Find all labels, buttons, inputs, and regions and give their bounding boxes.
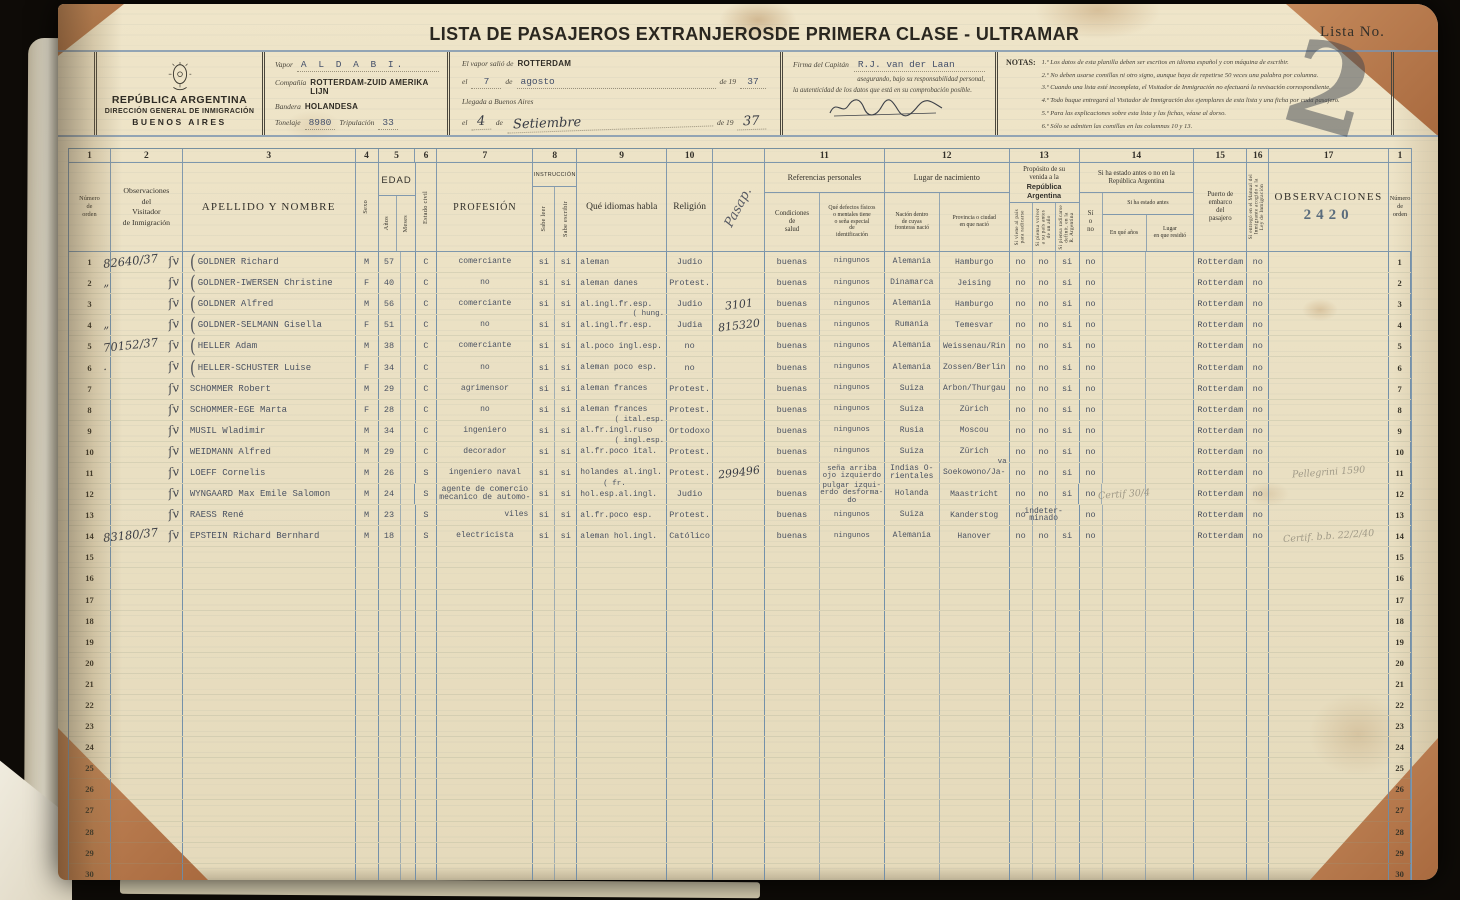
religion: no xyxy=(667,336,713,356)
purpose-col-1: no xyxy=(1010,294,1033,314)
sex: M xyxy=(356,442,379,462)
religion xyxy=(667,611,713,631)
been-before-years xyxy=(1103,779,1147,799)
header-referencias: Referencias personales Condiciones de sa… xyxy=(765,163,885,251)
can-write xyxy=(555,611,577,631)
profession xyxy=(437,779,533,799)
bandera-label: Bandera xyxy=(275,102,301,111)
been-before-years xyxy=(1103,632,1147,652)
manual-column xyxy=(1247,843,1269,863)
observations xyxy=(1269,632,1389,652)
identification-defects xyxy=(820,758,885,778)
passport-number xyxy=(713,758,765,778)
purpose-col-2 xyxy=(1033,695,1056,715)
observations xyxy=(1269,400,1389,420)
profession xyxy=(437,547,533,567)
age-months xyxy=(401,463,416,483)
header-idiomas: Qué idiomas habla xyxy=(577,163,667,251)
visitor-observations xyxy=(111,674,183,694)
row-number: 22 xyxy=(69,695,111,715)
table-row: 2929 xyxy=(69,843,1411,864)
birth-nation: Suiza xyxy=(885,505,940,525)
embarkation-port: Rotterdam xyxy=(1194,294,1247,314)
been-before-years xyxy=(1103,800,1147,820)
civil-status: S xyxy=(415,484,437,504)
header-religion: Religión xyxy=(667,163,713,251)
purpose-col-2: no xyxy=(1033,463,1056,483)
purpose-col-3: si xyxy=(1056,357,1080,377)
purpose-col-2: no xyxy=(1033,252,1056,272)
been-before-place xyxy=(1146,252,1194,272)
row-number-right: 28 xyxy=(1389,822,1411,842)
purpose-col-1 xyxy=(1010,822,1033,842)
birth-city xyxy=(940,674,1010,694)
been-before-place xyxy=(1146,400,1194,420)
identification-defects: ningunos xyxy=(820,336,885,356)
age-years xyxy=(379,653,401,673)
religion xyxy=(667,800,713,820)
birth-city xyxy=(940,737,1010,757)
can-write xyxy=(555,843,577,863)
languages xyxy=(577,843,667,863)
purpose-col-3: si xyxy=(1056,526,1080,546)
can-read: si xyxy=(533,336,555,356)
birth-nation xyxy=(885,547,940,567)
religion xyxy=(667,758,713,778)
been-before-place xyxy=(1146,590,1194,610)
manual-column: no xyxy=(1247,463,1269,483)
passenger-name: (HELLER-SCHUSTER Luise xyxy=(183,357,356,377)
de-label: de xyxy=(505,77,512,86)
languages: ( ingl.esp.al.fr.poco ital. xyxy=(577,442,667,462)
sex: F xyxy=(356,315,379,335)
purpose-col-3: si xyxy=(1056,463,1080,483)
can-read xyxy=(533,674,555,694)
birth-city: Hamburgo xyxy=(940,294,1010,314)
passenger-name: (GOLDNER-SELMANN Gisella xyxy=(183,315,356,335)
row-number: 26 xyxy=(69,779,111,799)
purpose-col-2: no xyxy=(1033,357,1056,377)
row-number-right: 25 xyxy=(1389,758,1411,778)
civil-status: C xyxy=(416,379,438,399)
column-number: 5 xyxy=(379,149,416,162)
visitor-observations xyxy=(111,632,183,652)
age-years: 26 xyxy=(379,463,401,483)
identification-defects: ningunos xyxy=(820,526,885,546)
purpose-col-2 xyxy=(1033,568,1056,588)
purpose-col-2 xyxy=(1033,822,1056,842)
column-number: 3 xyxy=(183,149,356,162)
column-number: 13 xyxy=(1010,149,1080,162)
embarkation-port xyxy=(1194,800,1247,820)
birth-nation: Alemania xyxy=(885,336,940,356)
identification-defects: ningunos xyxy=(820,379,885,399)
visitor-observations: „ſv xyxy=(111,315,183,335)
civil-status xyxy=(416,716,438,736)
row-number-right: 26 xyxy=(1389,779,1411,799)
de-label: de xyxy=(496,118,503,127)
birth-nation: Indias O- rientales xyxy=(885,463,940,483)
can-write xyxy=(555,547,577,567)
profession: viles xyxy=(437,505,533,525)
been-before-place xyxy=(1146,336,1194,356)
purpose-col-3 xyxy=(1056,843,1080,863)
purpose-col-3 xyxy=(1056,864,1080,880)
table-header: Número de orden Observaciones del Visita… xyxy=(69,163,1411,252)
religion: Judio xyxy=(667,484,713,504)
passport-number xyxy=(713,421,765,441)
age-months xyxy=(401,568,416,588)
identification-defects xyxy=(820,547,885,567)
age-years xyxy=(379,590,401,610)
passenger-name: WEIDMANN Alfred xyxy=(183,442,356,462)
age-years xyxy=(379,568,401,588)
row-number-right: 11 xyxy=(1389,463,1411,483)
table-row: 1717 xyxy=(69,590,1411,611)
purpose-col-3 xyxy=(1056,547,1080,567)
row-number-right: 22 xyxy=(1389,695,1411,715)
health-condition: buenas xyxy=(765,442,820,462)
identification-defects xyxy=(820,779,885,799)
civil-status xyxy=(416,590,438,610)
header-estado-civil: Estado civil xyxy=(416,163,438,251)
manual-column: no xyxy=(1247,379,1269,399)
observations xyxy=(1269,737,1389,757)
table-row: 2121 xyxy=(69,674,1411,695)
manual-column xyxy=(1247,737,1269,757)
visitor-observations: ſv xyxy=(111,421,183,441)
captain-line3: la autenticidad de los datos que está en… xyxy=(793,87,985,94)
been-before-years xyxy=(1103,568,1147,588)
been-before xyxy=(1080,779,1103,799)
been-before-place xyxy=(1146,421,1194,441)
purpose-col-3: si xyxy=(1056,336,1080,356)
civil-status xyxy=(416,737,438,757)
identification-defects: ningunos xyxy=(820,315,885,335)
can-read: si xyxy=(533,505,555,525)
row-number-right: 5 xyxy=(1389,336,1411,356)
can-write: si xyxy=(555,442,577,462)
coat-of-arms-icon xyxy=(167,61,193,93)
civil-status: S xyxy=(416,463,438,483)
birth-nation: Suiza xyxy=(885,400,940,420)
table-row: 2„ſv(GOLDNER-IWERSEN ChristineF40Cnosisi… xyxy=(69,273,1411,294)
row-number: 3 xyxy=(69,294,111,314)
age-years xyxy=(379,632,401,652)
been-before-years xyxy=(1103,252,1147,272)
visitor-observations: ſv xyxy=(111,505,183,525)
passport-number xyxy=(713,547,765,567)
birth-nation: Suiza xyxy=(885,442,940,462)
religion: Protest. xyxy=(667,505,713,525)
salida-year: 37 xyxy=(740,76,766,89)
can-write: si xyxy=(555,463,577,483)
ruled-line xyxy=(58,135,1438,137)
can-write xyxy=(555,779,577,799)
firma-label: Firma del Capitán xyxy=(793,60,849,69)
been-before-years xyxy=(1103,864,1147,880)
religion: Judio xyxy=(667,252,713,272)
been-before-place xyxy=(1146,379,1194,399)
age-months xyxy=(401,822,416,842)
birth-nation xyxy=(885,590,940,610)
been-before xyxy=(1080,674,1103,694)
observations xyxy=(1269,800,1389,820)
identification-defects xyxy=(820,611,885,631)
observations xyxy=(1269,315,1389,335)
captain-signature xyxy=(824,95,954,119)
sex: M xyxy=(356,484,379,504)
been-before-place xyxy=(1146,442,1194,462)
age-years xyxy=(379,674,401,694)
been-before xyxy=(1080,653,1103,673)
languages: aleman xyxy=(577,252,667,272)
age-months xyxy=(401,547,416,567)
can-write: si xyxy=(555,379,577,399)
table-row: 2323 xyxy=(69,716,1411,737)
passenger-name xyxy=(183,822,356,842)
passport-number xyxy=(713,864,765,880)
llegada-year: 37 xyxy=(737,114,766,131)
languages xyxy=(577,779,667,799)
manual-column: no xyxy=(1247,315,1269,335)
been-before-place xyxy=(1146,674,1194,694)
birth-city: Zürich xyxy=(940,400,1010,420)
purpose-col-1: no xyxy=(1010,526,1033,546)
been-before: no xyxy=(1080,294,1103,314)
visitor-observations: ſv xyxy=(111,379,183,399)
identification-defects: ningunos xyxy=(820,357,885,377)
row-number-right: 9 xyxy=(1389,421,1411,441)
header-observaciones-visitador: Observaciones del Visitador de Inmigraci… xyxy=(111,163,183,251)
purpose-col-3 xyxy=(1056,695,1080,715)
ship-block: Vapor A L D A B I. Compañía ROTTERDAM-ZU… xyxy=(265,52,450,135)
been-before-years xyxy=(1103,442,1147,462)
can-write: si xyxy=(555,526,577,546)
been-before xyxy=(1080,695,1103,715)
purpose-col-3 xyxy=(1056,779,1080,799)
birth-nation xyxy=(885,653,940,673)
underlying-page-edge xyxy=(120,878,760,898)
can-write xyxy=(555,758,577,778)
notas-label: NOTAS: xyxy=(1006,58,1036,131)
embarkation-port: Rotterdam xyxy=(1194,484,1247,504)
age-years: 51 xyxy=(379,315,401,335)
been-before-place xyxy=(1146,357,1194,377)
civil-status xyxy=(416,843,438,863)
civil-status: S xyxy=(416,526,438,546)
age-months xyxy=(401,779,416,799)
languages xyxy=(577,737,667,757)
civil-status xyxy=(416,822,438,842)
column-number: 12 xyxy=(885,149,1010,162)
manual-column: no xyxy=(1247,505,1269,525)
been-before: no xyxy=(1080,273,1103,293)
been-before: no xyxy=(1080,357,1103,377)
passport-number xyxy=(713,336,765,356)
profession xyxy=(437,653,533,673)
observations xyxy=(1269,336,1389,356)
passport-number xyxy=(713,526,765,546)
age-years xyxy=(379,800,401,820)
sex xyxy=(356,611,379,631)
el-label: el xyxy=(462,77,467,86)
age-months xyxy=(401,843,416,863)
been-before-place xyxy=(1146,568,1194,588)
languages: holandes al.ingl.( fr. xyxy=(577,463,667,483)
can-read xyxy=(533,843,555,863)
row-number: 8 xyxy=(69,400,111,420)
religion xyxy=(667,632,713,652)
table-row: 182640/37ſv(GOLDNER RichardM57Ccomercian… xyxy=(69,252,1411,273)
sex: F xyxy=(356,273,379,293)
profession: decorador xyxy=(437,442,533,462)
can-write xyxy=(555,674,577,694)
can-read xyxy=(533,611,555,631)
health-condition xyxy=(765,611,820,631)
tonelaje-label: Tonelaje xyxy=(275,118,301,127)
languages xyxy=(577,632,667,652)
purpose-col-3: si xyxy=(1056,400,1080,420)
age-years: 29 xyxy=(379,379,401,399)
embarkation-port xyxy=(1194,737,1247,757)
column-number: 1 xyxy=(1389,149,1411,162)
been-before-place xyxy=(1146,463,1194,483)
age-years xyxy=(379,843,401,863)
passport-number xyxy=(713,379,765,399)
been-before-years xyxy=(1103,357,1147,377)
health-condition xyxy=(765,758,820,778)
manual-column: no xyxy=(1247,336,1269,356)
sex: F xyxy=(356,400,379,420)
purpose-col-1 xyxy=(1010,779,1033,799)
religion xyxy=(667,779,713,799)
been-before xyxy=(1080,800,1103,820)
civil-status xyxy=(416,632,438,652)
profession xyxy=(437,716,533,736)
purpose-col-1 xyxy=(1010,674,1033,694)
can-read xyxy=(533,800,555,820)
can-read: si xyxy=(533,315,555,335)
been-before-years xyxy=(1103,526,1147,546)
embarkation-port xyxy=(1194,864,1247,880)
embarkation-port xyxy=(1194,568,1247,588)
passport-number: 299496 xyxy=(713,463,765,483)
purpose-col-1 xyxy=(1010,737,1033,757)
purpose-col-3 xyxy=(1056,737,1080,757)
identification-defects: ningunos xyxy=(820,421,885,441)
passport-number: 815320 xyxy=(713,315,765,335)
been-before: no xyxy=(1080,421,1103,441)
can-write xyxy=(555,590,577,610)
observations xyxy=(1269,716,1389,736)
manual-column xyxy=(1247,716,1269,736)
purpose-col-2 xyxy=(1033,590,1056,610)
been-before xyxy=(1080,632,1103,652)
captain-block: Firma del Capitán R.J. van der Laan aseg… xyxy=(783,52,998,135)
passenger-name xyxy=(183,843,356,863)
passport-number xyxy=(713,653,765,673)
row-number: 20 xyxy=(69,653,111,673)
can-write: si xyxy=(555,273,577,293)
identification-defects xyxy=(820,716,885,736)
embarkation-port xyxy=(1194,716,1247,736)
religion: Ortodoxo xyxy=(667,421,713,441)
embarkation-port: Rotterdam xyxy=(1194,463,1247,483)
row-number: 13 xyxy=(69,505,111,525)
profession: comerciante xyxy=(437,252,533,272)
passport-number xyxy=(713,843,765,863)
purpose-col-3: si xyxy=(1056,252,1080,272)
passport-number xyxy=(713,273,765,293)
sex xyxy=(356,632,379,652)
purpose-col-1 xyxy=(1010,547,1033,567)
languages: aleman poco esp. xyxy=(577,357,667,377)
passenger-name xyxy=(183,864,356,880)
purpose-col-1: no xyxy=(1010,484,1033,504)
passport-number xyxy=(713,632,765,652)
been-before-years xyxy=(1103,294,1147,314)
health-condition: buenas xyxy=(765,379,820,399)
passenger-name xyxy=(183,737,356,757)
can-write: si xyxy=(555,336,577,356)
table-row: 1483180/37ſvEPSTEIN Richard BernhardM18S… xyxy=(69,526,1411,547)
religion xyxy=(667,674,713,694)
table-row: 3030 xyxy=(69,864,1411,880)
sex xyxy=(356,800,379,820)
can-read: si xyxy=(533,442,555,462)
civil-status: S xyxy=(416,505,438,525)
civil-status: C xyxy=(416,273,438,293)
compania-label: Compañía xyxy=(275,78,306,87)
purpose-col-1: no xyxy=(1010,379,1033,399)
can-write xyxy=(555,864,577,880)
age-years xyxy=(379,716,401,736)
identification-defects xyxy=(820,843,885,863)
purpose-col-2: no xyxy=(1033,379,1056,399)
column-number: 10 xyxy=(667,149,713,162)
been-before: no xyxy=(1080,252,1103,272)
column-number: 15 xyxy=(1194,149,1247,162)
header-observaciones: OBSERVACIONES 2420 xyxy=(1269,163,1389,251)
birth-city xyxy=(940,632,1010,652)
religion xyxy=(667,843,713,863)
observations xyxy=(1269,252,1389,272)
tonelaje-value: 8980 xyxy=(305,117,336,130)
can-write: si xyxy=(555,357,577,377)
profession xyxy=(437,864,533,880)
age-months xyxy=(401,864,416,880)
can-write: si xyxy=(555,484,577,504)
row-number-right: 30 xyxy=(1389,864,1411,880)
embarkation-port: Rotterdam xyxy=(1194,400,1247,420)
been-before xyxy=(1080,611,1103,631)
observations xyxy=(1269,779,1389,799)
manual-column: no xyxy=(1247,252,1269,272)
passport-number: 3101 xyxy=(713,294,765,314)
been-before-years xyxy=(1103,336,1147,356)
llegada-label: Llegada a Buenos Aires xyxy=(462,97,533,106)
birth-city: Hanover xyxy=(940,526,1010,546)
sex xyxy=(356,843,379,863)
purpose-col-2 xyxy=(1033,737,1056,757)
manual-column: no xyxy=(1247,294,1269,314)
embarkation-port: Rotterdam xyxy=(1194,357,1247,377)
manual-column: no xyxy=(1247,400,1269,420)
birth-nation: Dinamarca xyxy=(885,273,940,293)
sex: M xyxy=(356,379,379,399)
visitor-observations: ſv xyxy=(111,294,183,314)
